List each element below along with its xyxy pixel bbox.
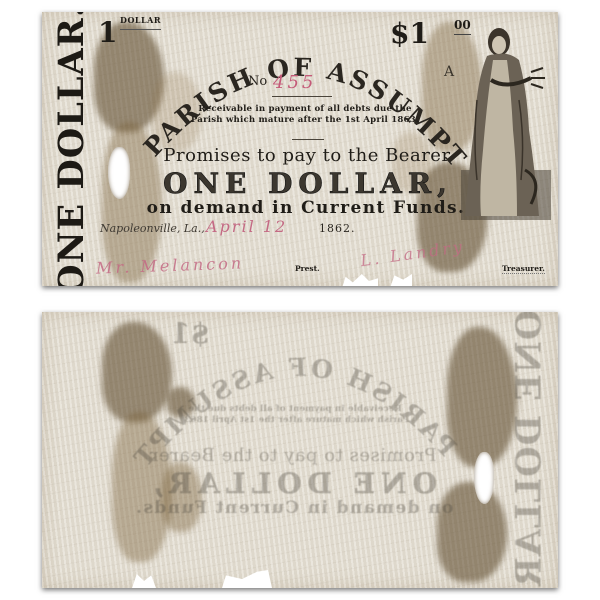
corner-denomination: 1 [98, 16, 117, 49]
receivable-line-2: Parish which mature after the 1st April … [160, 115, 450, 126]
issue-year: 1862. [319, 222, 356, 235]
allegorical-figure-icon [447, 20, 555, 225]
flourish-divider [292, 139, 324, 142]
vertical-denomination: ONE DOLLAR. [48, 14, 94, 284]
signature-left: Mr. Melancon [96, 253, 245, 277]
serial-label: No [248, 74, 267, 89]
promise-text: Promises to pay to the Bearer [152, 145, 462, 166]
ink-bleed-through: ONE DOLLAR $1 THE PARISH OF ASSUMPTION R… [42, 312, 558, 588]
paper-tear [342, 274, 378, 286]
flourish-divider [272, 96, 332, 99]
vertical-denomination-text: ONE DOLLAR. [51, 12, 92, 286]
terms-text: on demand in Current Funds. [138, 198, 474, 218]
banknote-front: ONE DOLLAR. 1 DOLLAR $1 00 A THE PARISH … [42, 12, 558, 286]
president-label: Prest. [295, 264, 320, 273]
vertical-denomination-text: ONE DOLLAR [509, 312, 550, 588]
banknote-back: ONE DOLLAR $1 THE PARISH OF ASSUMPTION R… [42, 312, 558, 588]
receivable-line-1: Receivable in payment of all debts due t… [150, 404, 440, 415]
vertical-denomination-mirrored: ONE DOLLAR [506, 314, 552, 584]
treasurer-label: Treasurer. [502, 264, 545, 274]
promise-text-mirrored: Promises to pay to the Bearer [138, 445, 448, 466]
denomination-words: ONE DOLLAR, [138, 167, 478, 200]
paper-tear [390, 274, 412, 286]
signature-right: L. Landry [359, 237, 466, 270]
serial-number: 455 [273, 72, 316, 93]
issue-place: Napoleonville, La., [100, 222, 205, 235]
handwritten-date: April 12 [206, 217, 287, 236]
terms-text-mirrored: on demand in Current Funds. [126, 498, 462, 518]
denomination-words-mirrored: ONE DOLLAR, [122, 467, 462, 500]
paper-hole [474, 452, 494, 504]
paper-hole [108, 147, 130, 199]
receivable-line-2: Parish which mature after the 1st April … [150, 415, 440, 426]
receivable-text-mirrored: Receivable in payment of all debts due t… [150, 404, 440, 426]
receivable-line-1: Receivable in payment of all debts due t… [160, 104, 450, 115]
receivable-text: Receivable in payment of all debts due t… [160, 104, 450, 126]
